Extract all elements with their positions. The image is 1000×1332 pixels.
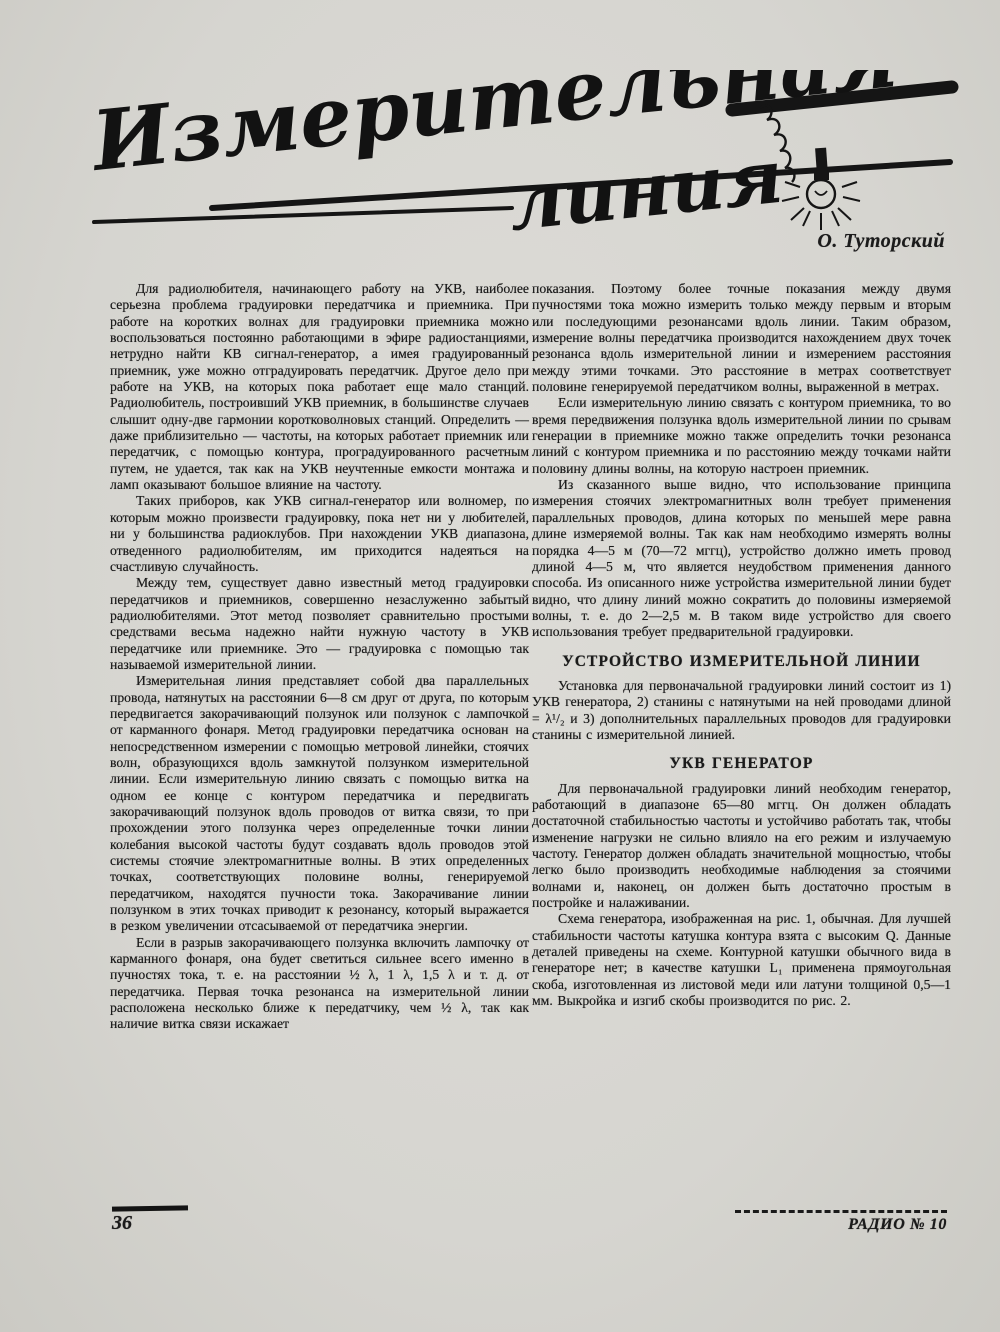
paragraph: Измерительная линия представляет собой д…: [110, 673, 529, 935]
paragraph: Для первоначальной градуировки линий нео…: [532, 781, 951, 912]
journal-rule: [735, 1210, 947, 1213]
paragraph: Таких приборов, как УКВ сигнал-генератор…: [110, 493, 529, 575]
journal-title: РАДИО № 10: [735, 1216, 947, 1234]
page-title-word2: линия: [505, 134, 787, 238]
masthead: Измерительная линия: [92, 70, 960, 238]
section-heading-line-construction: УСТРОЙСТВО ИЗМЕРИТЕЛЬНОЙ ЛИНИИ: [532, 654, 951, 670]
section-heading-ukv-generator: УКВ ГЕНЕРАТОР: [532, 756, 951, 772]
paragraph: показания. Поэтому более точные показани…: [532, 281, 951, 395]
page-number-rule: [112, 1205, 188, 1211]
paragraph: Из сказанного выше видно, что использова…: [532, 477, 951, 640]
slider-shape: [815, 148, 828, 175]
left-column: Для радиолюбителя, начинающего работу на…: [110, 281, 529, 1033]
magazine-page: Измерительная линия О. Туторский Для рад…: [0, 0, 1000, 1332]
paragraph: Если в разрыв закорачивающего ползунка в…: [110, 935, 529, 1033]
paragraph: Для радиолюбителя, начинающего работу на…: [110, 281, 529, 493]
paragraph: Установка для первоначальной градуировки…: [532, 678, 951, 743]
paragraph: Схема генератора, изображенная на рис. 1…: [532, 911, 951, 1009]
paragraph: Между тем, существует давно известный ме…: [110, 575, 529, 673]
page-number: 36: [112, 1212, 132, 1235]
right-column: показания. Поэтому более точные показани…: [532, 281, 951, 1009]
author-byline: О. Туторский: [532, 230, 945, 253]
paragraph: Если измерительную линию связать с конту…: [532, 395, 951, 477]
header-illustration: Измерительная линия: [92, 70, 960, 238]
